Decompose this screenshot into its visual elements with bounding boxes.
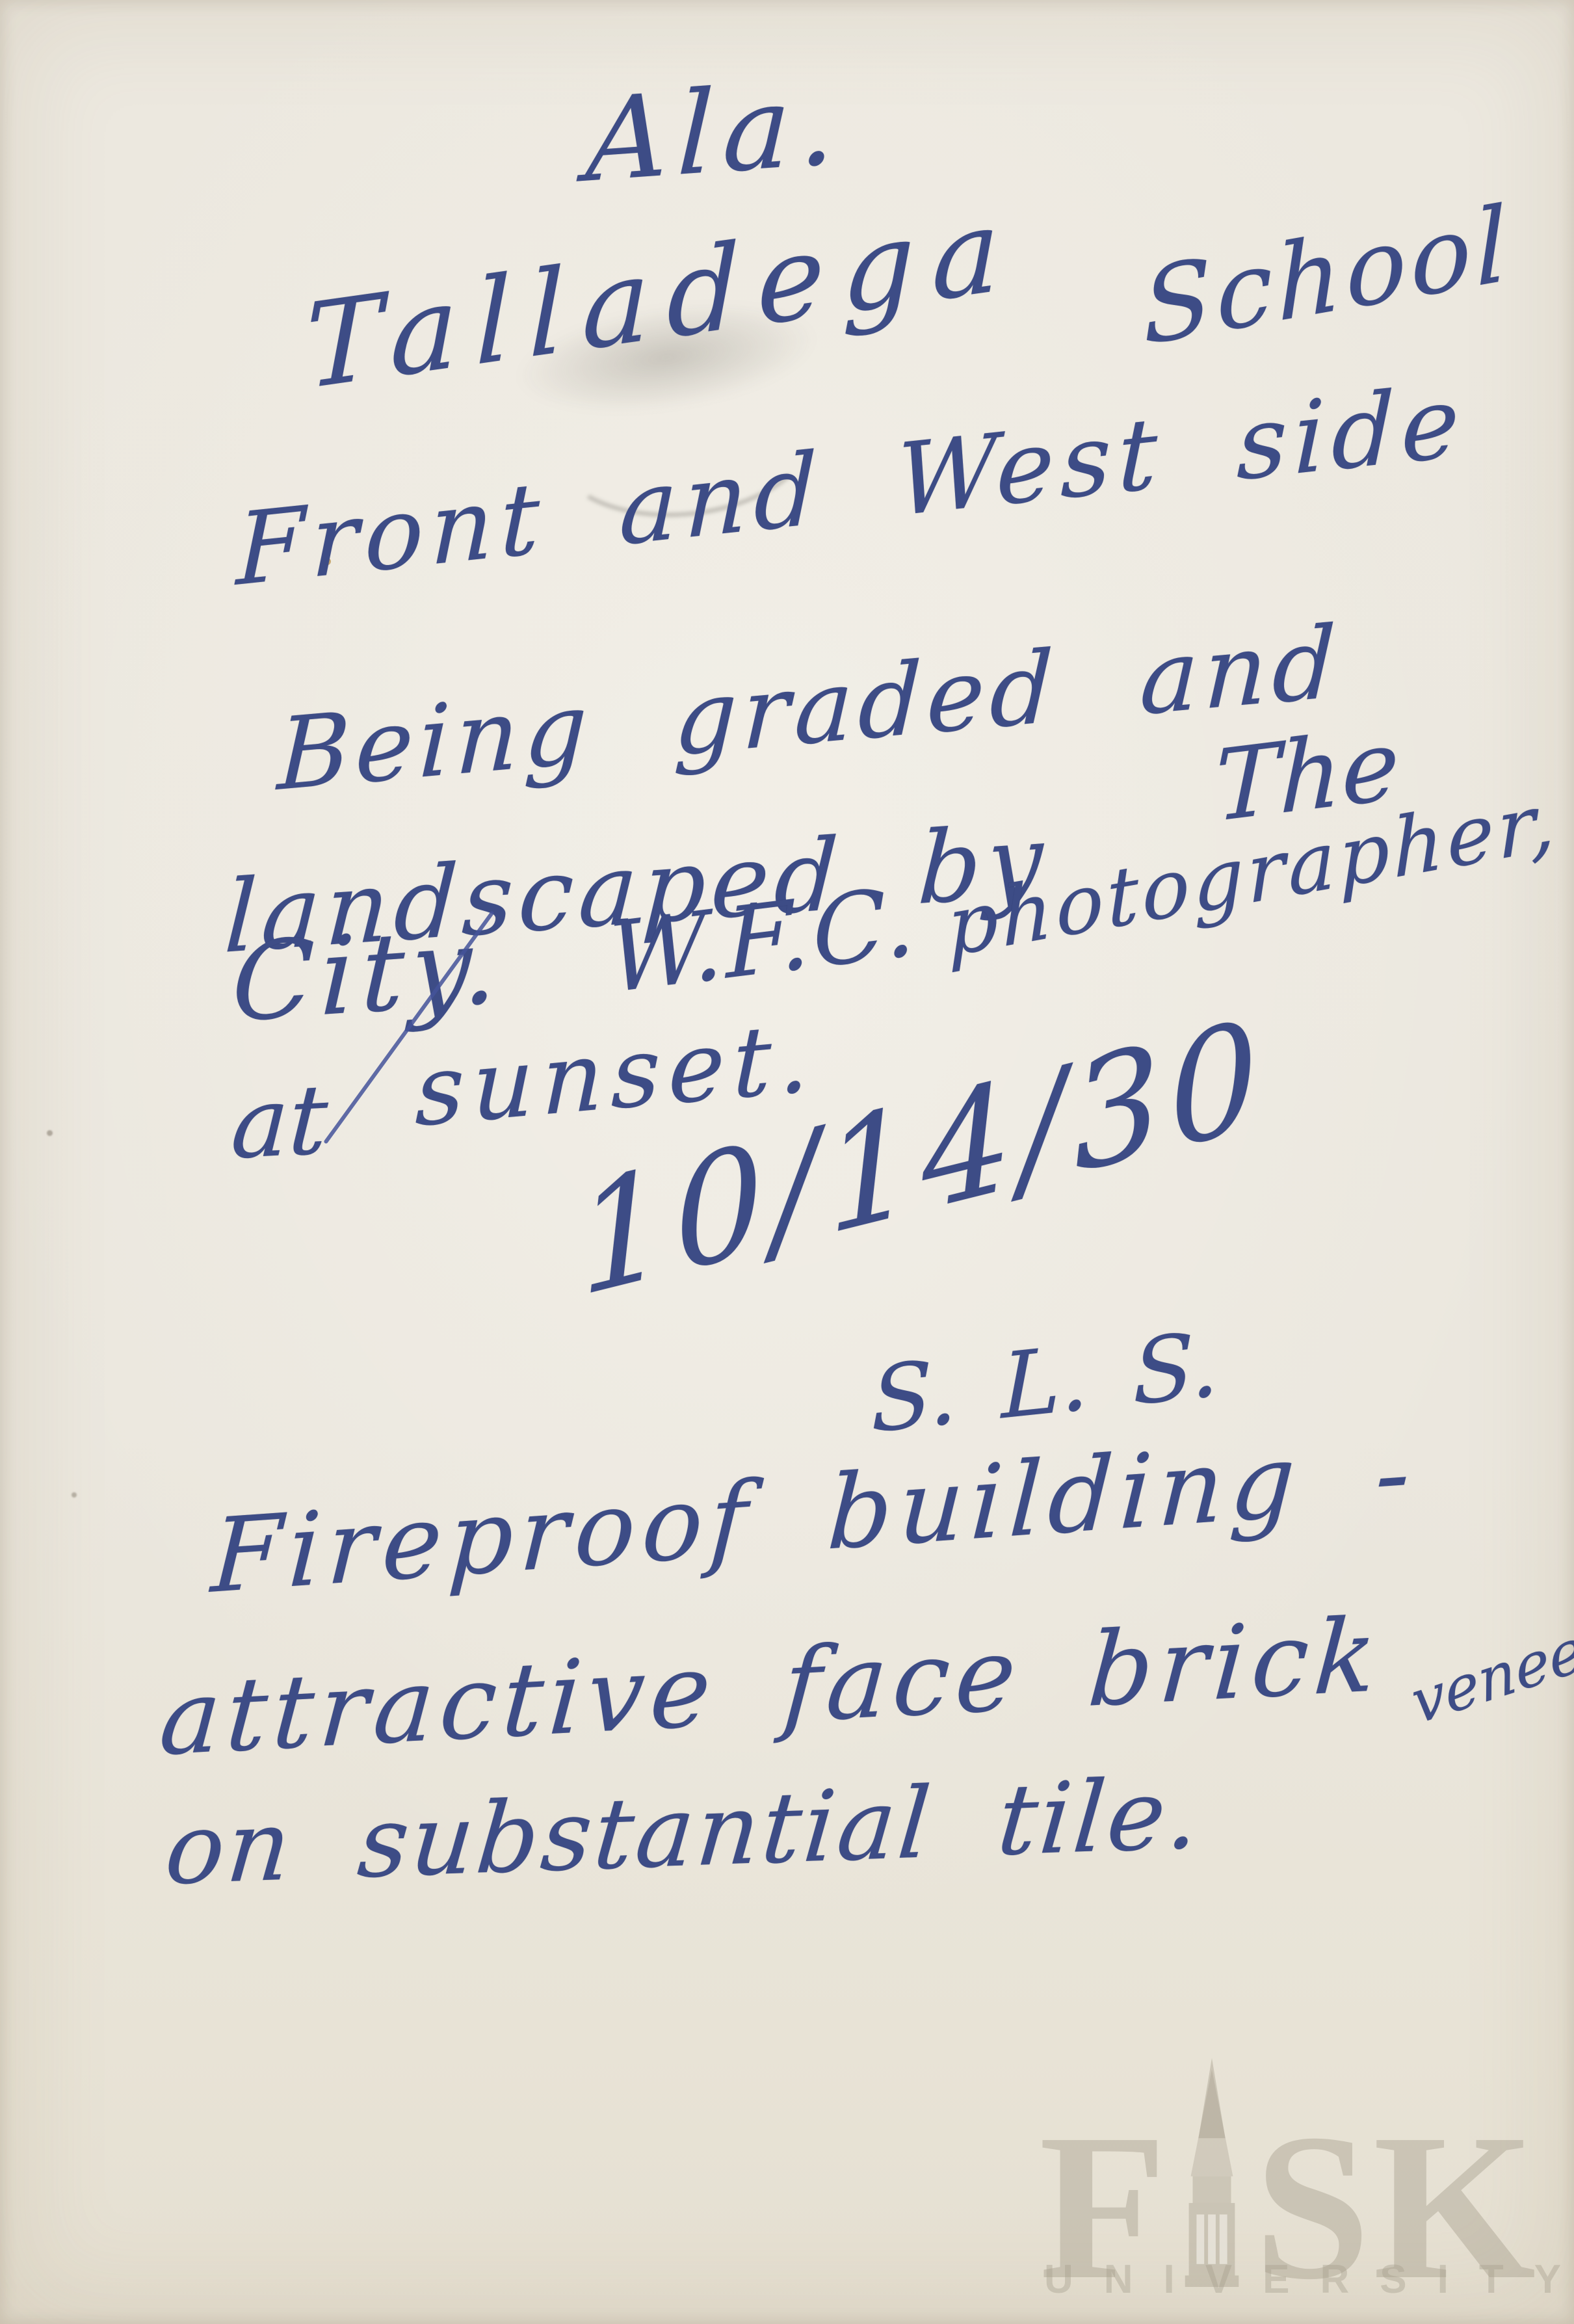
handwritten-word-city: City.: [230, 911, 506, 1038]
university-watermark-text: UNIVERSITY: [1044, 2256, 1574, 2303]
paper-speck: [72, 1492, 77, 1498]
paper-speck: [47, 1130, 53, 1136]
scanned-note-card: Ala. Talladega School Front and West sid…: [0, 0, 1574, 2324]
fisk-watermark: F SK: [1039, 2058, 1538, 2288]
steeple-icon: [1174, 2058, 1250, 2287]
handwritten-word-at: at: [229, 1071, 330, 1172]
handwritten-region-abbreviation: Ala.: [584, 66, 846, 199]
